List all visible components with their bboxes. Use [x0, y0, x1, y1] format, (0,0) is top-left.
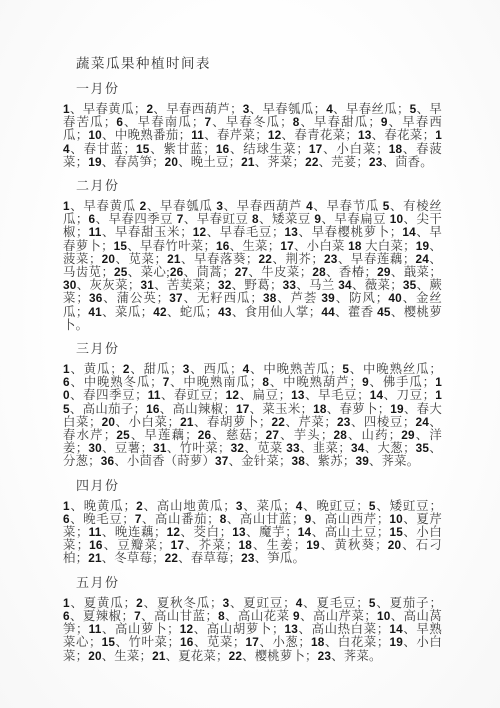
month-heading-may: 五月份	[63, 575, 442, 590]
month-heading-february: 二月份	[63, 178, 442, 193]
month-heading-april: 四月份	[63, 478, 442, 493]
month-heading-march: 三月份	[63, 341, 442, 356]
month-heading-january: 一月份	[63, 81, 442, 96]
month-body-april: 1、晚黄瓜；2、高山地黄瓜；3、菜瓜；4、晚豇豆；5、矮豇豆；6、晚毛豆；7、高…	[63, 500, 442, 566]
month-body-march: 1、黄瓜；2、甜瓜；3、西瓜；4、中晚熟苦瓜；5、中晚熟丝瓜；6、中晚熟冬瓜；7…	[63, 363, 442, 469]
month-section-february: 二月份 1、早春黄瓜 2、早春瓠瓜 3、早春西葫芦 4、早春节瓜 5、有棱丝瓜；…	[63, 178, 442, 332]
month-body-may: 1、夏黄瓜；2、夏秋冬瓜；3、夏豇豆；4、夏毛豆；5、夏茄子；6、夏辣椒；7、高…	[63, 597, 442, 663]
month-section-april: 四月份 1、晚黄瓜；2、高山地黄瓜；3、菜瓜；4、晚豇豆；5、矮豇豆；6、晚毛豆…	[63, 478, 442, 566]
month-section-may: 五月份 1、夏黄瓜；2、夏秋冬瓜；3、夏豇豆；4、夏毛豆；5、夏茄子；6、夏辣椒…	[63, 575, 442, 663]
month-body-february: 1、早春黄瓜 2、早春瓠瓜 3、早春西葫芦 4、早春节瓜 5、有棱丝瓜；6、早春…	[63, 200, 442, 332]
document-page: 蔬菜瓜果种植时间表 一月份 1、早春黄瓜；2、早春西葫芦；3、早春瓠瓜；4、早春…	[0, 0, 500, 708]
document-content: 蔬菜瓜果种植时间表 一月份 1、早春黄瓜；2、早春西葫芦；3、早春瓠瓜；4、早春…	[63, 56, 442, 663]
month-body-january: 1、早春黄瓜；2、早春西葫芦；3、早春瓠瓜；4、早春丝瓜；5、早春苦瓜；6、早春…	[63, 103, 442, 169]
page-title: 蔬菜瓜果种植时间表	[63, 56, 442, 72]
month-section-january: 一月份 1、早春黄瓜；2、早春西葫芦；3、早春瓠瓜；4、早春丝瓜；5、早春苦瓜；…	[63, 81, 442, 169]
month-section-march: 三月份 1、黄瓜；2、甜瓜；3、西瓜；4、中晚熟苦瓜；5、中晚熟丝瓜；6、中晚熟…	[63, 341, 442, 469]
